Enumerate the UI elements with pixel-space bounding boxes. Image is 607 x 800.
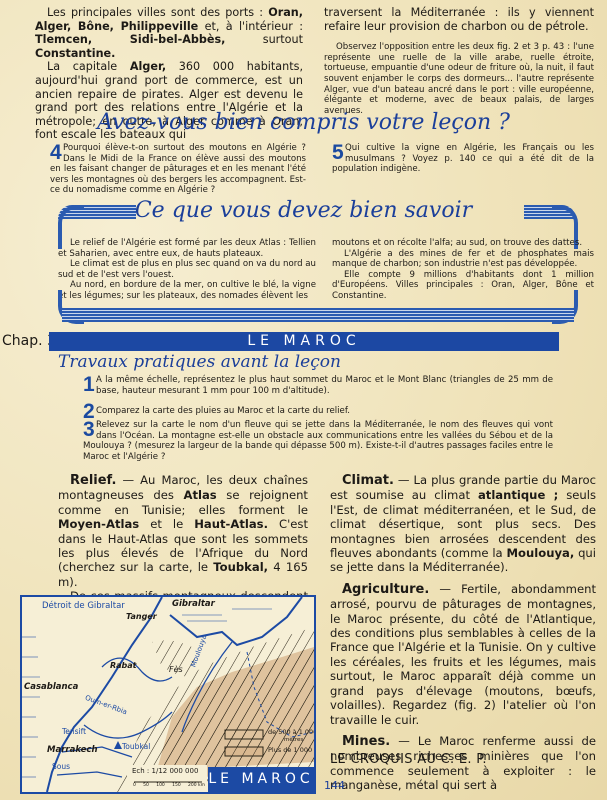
agriculture-section: Agriculture. — Fertile, abondamment arro… (330, 582, 596, 727)
cities-paragraph: Les principales villes sont des ports : … (35, 6, 303, 60)
map-scale-ticks: 0 50 100 150 200 km (133, 783, 205, 788)
map-label-tensift: Tensift (62, 727, 86, 736)
question-number: 4 (50, 143, 60, 161)
quiz-title: Avez-vous bien compris votre leçon ? (0, 110, 607, 136)
climat-section: Climat. — La plus grande partie du Maroc… (330, 473, 596, 575)
summary-title: Ce que vous devez bien savoir (0, 198, 607, 224)
chapter-title-bar: LE MAROC (49, 332, 559, 351)
mines-heading: Mines. (342, 734, 390, 749)
map-label-casablanca: Casablanca (24, 682, 78, 692)
ports-paragraph-continued: traversent la Méditerranée : ils y vienn… (324, 6, 594, 33)
map-label-gibraltar: Gibraltar (172, 599, 215, 609)
morocco-map: Détroit de Gibraltar Gibraltar Tanger Ra… (20, 595, 316, 794)
legend-label-500-1000: de 500 à 1 000 (268, 728, 316, 736)
legend-label-over-1000: Plus de 1 000 (268, 746, 312, 754)
summary-left-column: Le relief de l'Algérie est formé par les… (58, 238, 316, 302)
agriculture-heading: Agriculture. (342, 582, 429, 597)
map-title-band: LE MAROC (208, 767, 314, 792)
page-number: 144 (324, 779, 345, 792)
practical-item-3: 3 Relevez sur la carte le nom d'un fleuv… (83, 420, 553, 462)
croquis-caption: LE CROQUIS AU C. E. P. (330, 752, 487, 767)
practical-item-2: 2 Comparez la carte des pluies au Maroc … (83, 402, 553, 421)
legend-label-metres: mètres (284, 737, 303, 743)
practical-item-1: 1 A la même échelle, représentez le plus… (83, 375, 553, 396)
climat-heading: Climat. (342, 473, 394, 488)
relief-heading: Relief. (70, 473, 116, 488)
observation-paragraph: Observez l'opposition entre les deux fig… (324, 42, 594, 116)
right-body-column: Climat. — La plus grande partie du Maroc… (330, 473, 596, 793)
question-number: 5 (332, 143, 342, 161)
map-label-rabat: Rabat (110, 661, 137, 670)
quiz-question-5: 5 Qui cultive la vigne en Algérie, les F… (332, 143, 594, 175)
map-label-marrakech: Marrakech (47, 745, 98, 755)
item-number: 1 (83, 375, 93, 393)
top-right-column: traversent la Méditerranée : ils y vienn… (324, 6, 594, 116)
map-label-detroit: Détroit de Gibraltar (42, 601, 125, 611)
summary-frame-bottom (62, 308, 574, 322)
map-label-fes: Fès (169, 665, 183, 674)
quiz-question-4: 4 Pourquoi élève-t-on surtout des mouton… (50, 143, 306, 196)
map-label-sous: Sous (52, 762, 70, 771)
map-label-toubkal: Toubkal (122, 742, 150, 751)
map-label-tanger: Tanger (126, 612, 157, 621)
practical-title: Travaux pratiques avant la leçon (58, 352, 341, 372)
item-number: 3 (83, 420, 93, 438)
map-scale-label: Ech : 1/12 000 000 (132, 767, 198, 775)
